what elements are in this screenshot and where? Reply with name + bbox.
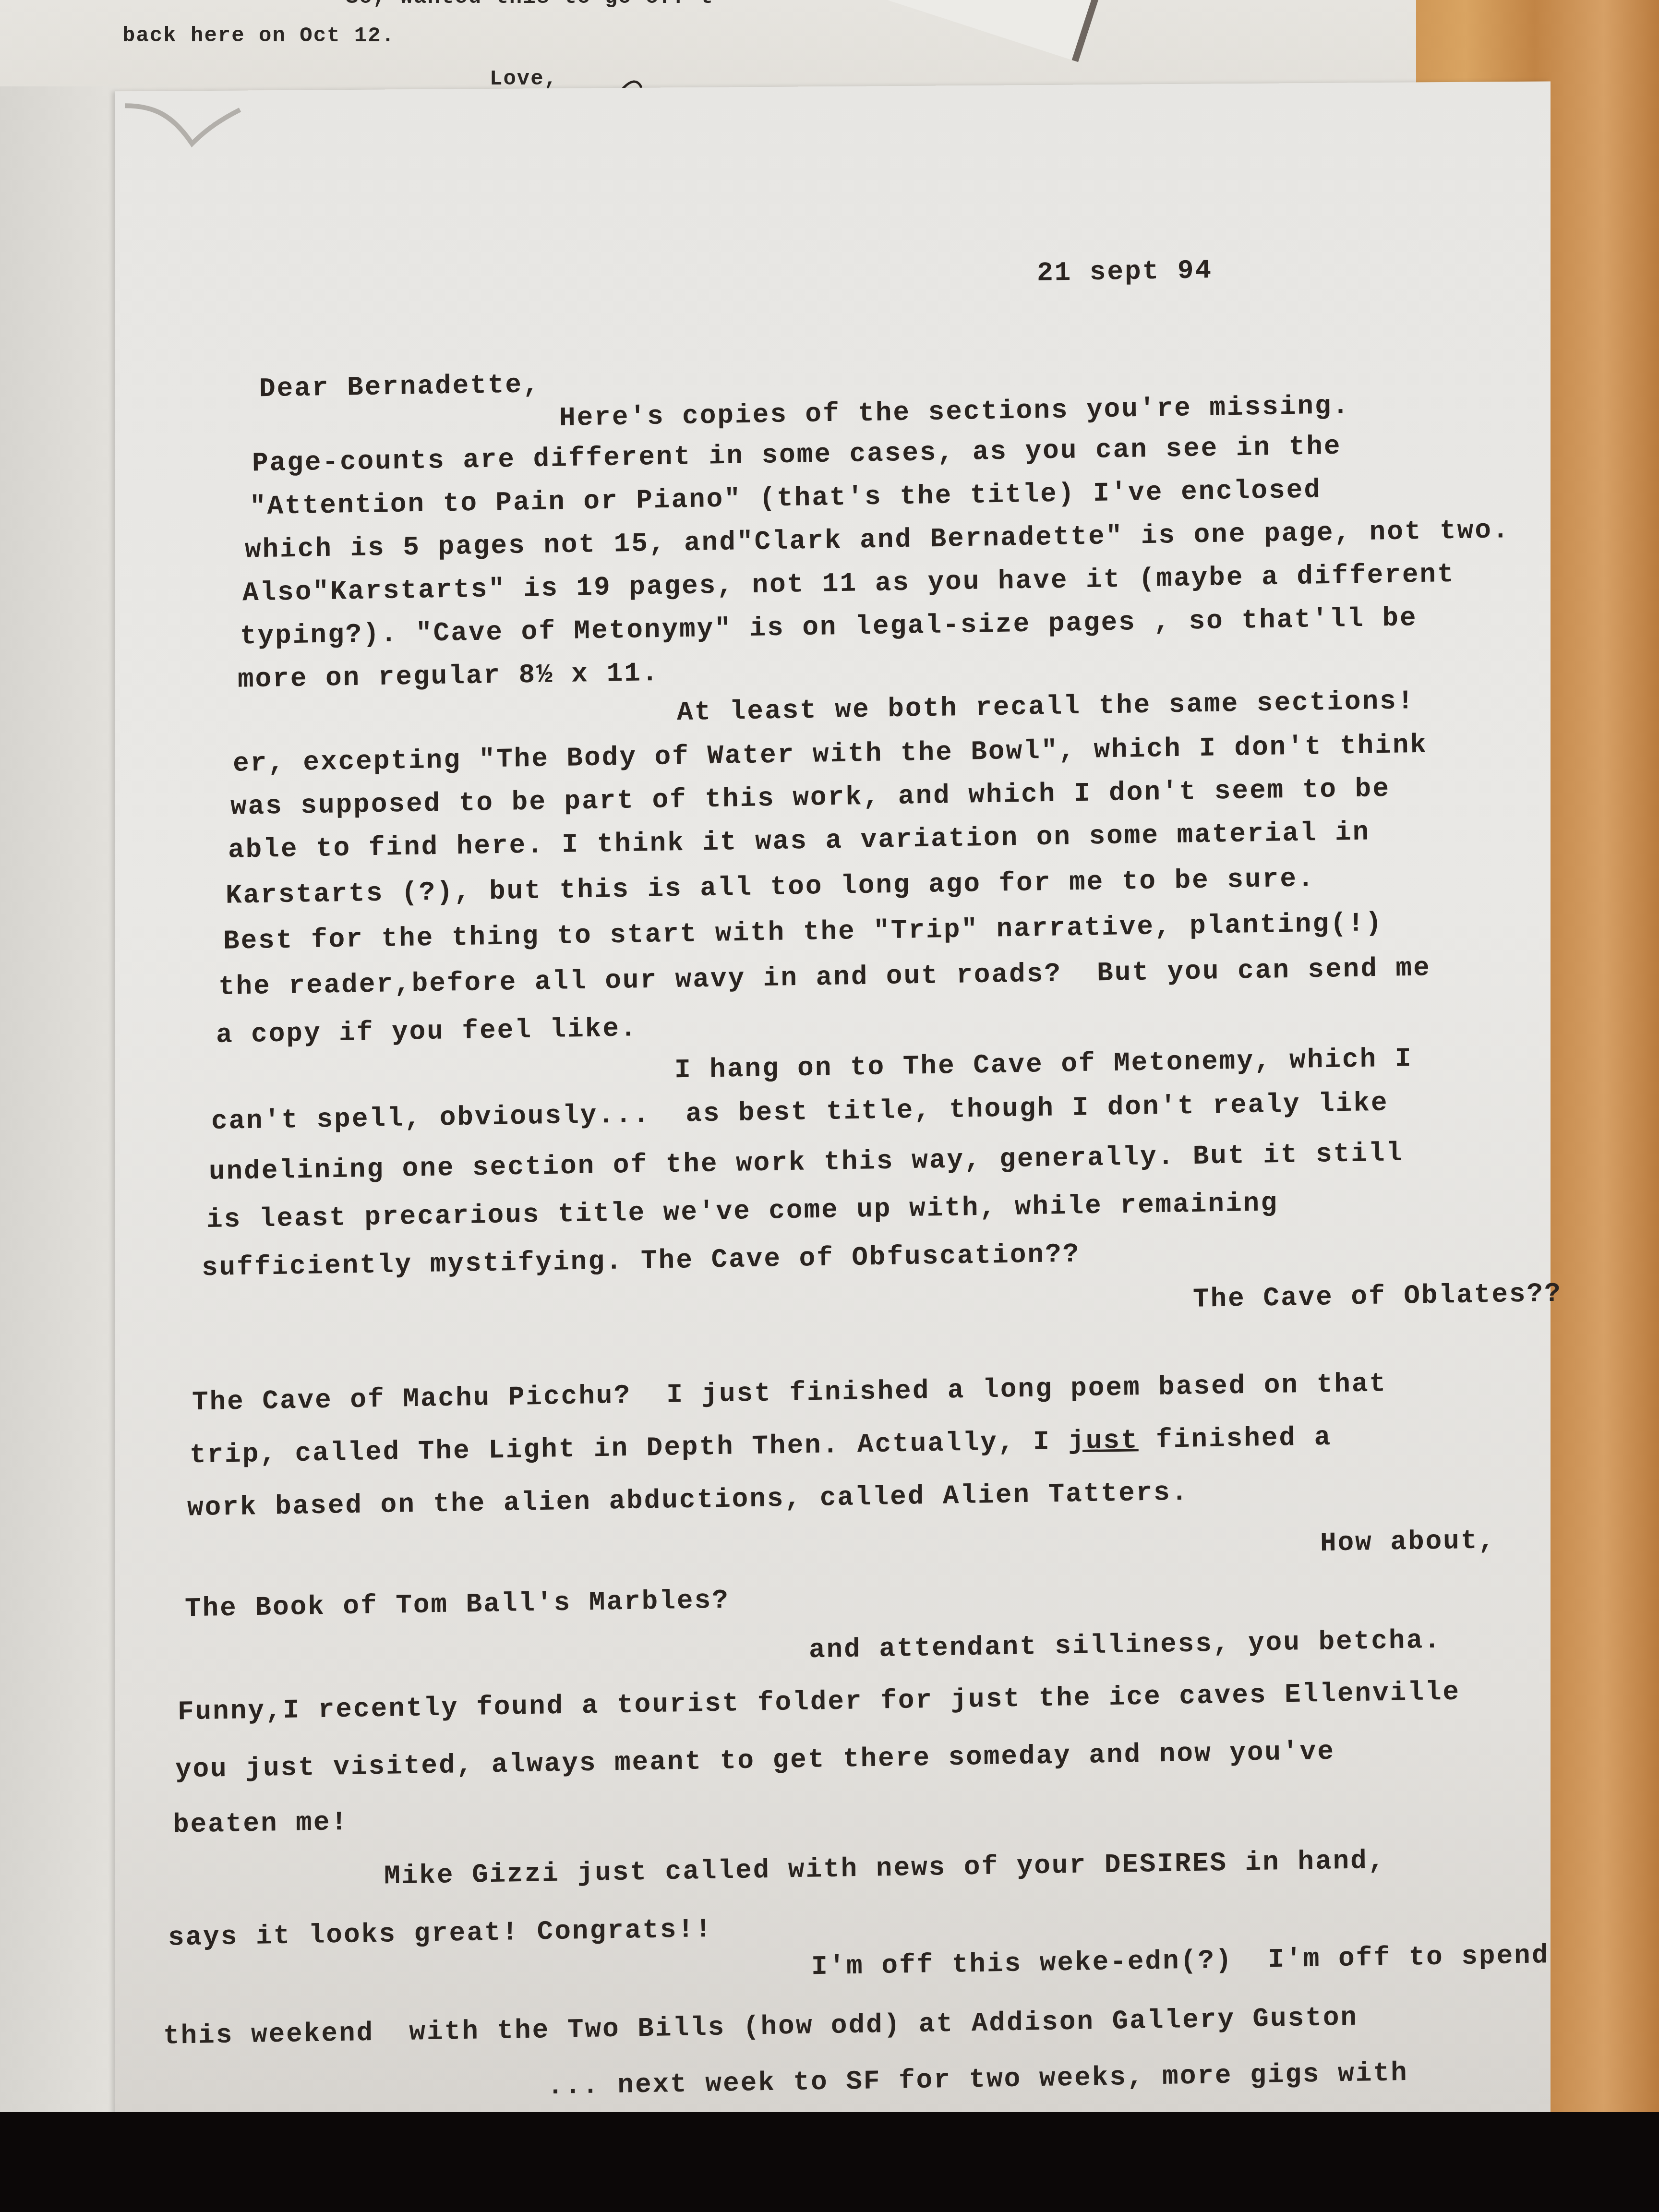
letter-line: Best for the thing to start with the "Tr… [223, 908, 1383, 957]
letter-line: Here's copies of the sections you're mis… [559, 390, 1350, 433]
letter-line: trip, called The Light in Depth Then. Ac… [190, 1422, 1332, 1470]
letter-line: I hang on to The Cave of Metonemy, which… [674, 1043, 1413, 1085]
letter-line: er, excepting "The Body of Water with th… [233, 730, 1428, 779]
letter-line: this weekend with the Two Bills (how odd… [163, 2002, 1358, 2052]
letter-line: is least precarious title we've come up … [206, 1188, 1278, 1235]
previous-letter-line: back here on Oct 12. [122, 24, 395, 48]
previous-letter-closing: Love, [490, 67, 558, 91]
letter-line-text: finished a [1138, 1422, 1332, 1455]
letter-line: "Attention to Pain or Piano" (that's the… [250, 474, 1322, 522]
letter-line: a copy if you feel like. [216, 1013, 638, 1050]
letter-line: able to find here. I think it was a vari… [228, 817, 1370, 865]
letter-line: sufficiently mystifying. The Cave of Obf… [202, 1238, 1081, 1283]
letter-line: and attendant silliness, you betcha. [809, 1625, 1442, 1666]
letter-salutation: Dear Bernadette, [259, 369, 541, 404]
envelope-corner [798, 0, 1111, 62]
letter-line: How about, [1320, 1525, 1496, 1559]
letter-line: work based on the alien abductions, call… [187, 1477, 1189, 1524]
letter-line: more on regular 8½ x 11. [238, 658, 660, 695]
letter-line: can't spell, obviously... as best title,… [211, 1088, 1389, 1137]
letter-line: Page-counts are different in some cases,… [252, 431, 1342, 479]
letter-line: says it looks great! Congrats!! [168, 1914, 713, 1953]
letter-date: 21 sept 94 [1037, 255, 1213, 289]
letter-line-text: trip, called The Light in Depth Then. Ac… [190, 1426, 1069, 1471]
torn-corner-mark [125, 99, 326, 168]
page-underlay [0, 86, 120, 2122]
letter-line: The Cave of Machu Picchu? I just finishe… [192, 1368, 1387, 1418]
previous-letter-partial-line: So, wanted this to go off t [346, 0, 714, 10]
letter-line: At least we both recall the same section… [677, 685, 1415, 728]
letter-line: undelining one section of the work this … [209, 1138, 1404, 1187]
letter-line: Funny,I recently found a tourist folder … [178, 1677, 1461, 1728]
letter-line: The Book of Tom Ball's Marbles? [185, 1585, 730, 1624]
letter-line: typing?). "Cave of Metonymy" is on legal… [240, 602, 1418, 652]
letter-line: was supposed to be part of this work, an… [230, 773, 1390, 822]
letter-line: The Cave of Oblates?? [1193, 1278, 1562, 1315]
letter-line: which is 5 pages not 15, and"Clark and B… [245, 515, 1510, 565]
letter-line-cut-off: ... next week to SF for two weeks, more … [547, 2057, 1408, 2102]
letter-line: Karstarts (?), but this is all too long … [226, 863, 1315, 911]
letter-line: you just visited, always meant to get th… [175, 1736, 1335, 1785]
letter-line: Also"Karstarts" is 19 pages, not 11 as y… [242, 559, 1455, 609]
letter-line: Mike Gizzi just called with news of your… [384, 1845, 1386, 1892]
letter-line: beaten me! [173, 1807, 349, 1840]
letter-page: 21 sept 94 Dear Bernadette, Here's copie… [115, 82, 1551, 2127]
underlined-word: just [1068, 1425, 1139, 1456]
letter-line: the reader,before all our wavy in and ou… [218, 952, 1431, 1002]
dark-background [0, 2112, 1659, 2212]
letter-line: I'm off this weke-edn(?) I'm off to spen… [811, 1940, 1550, 1982]
